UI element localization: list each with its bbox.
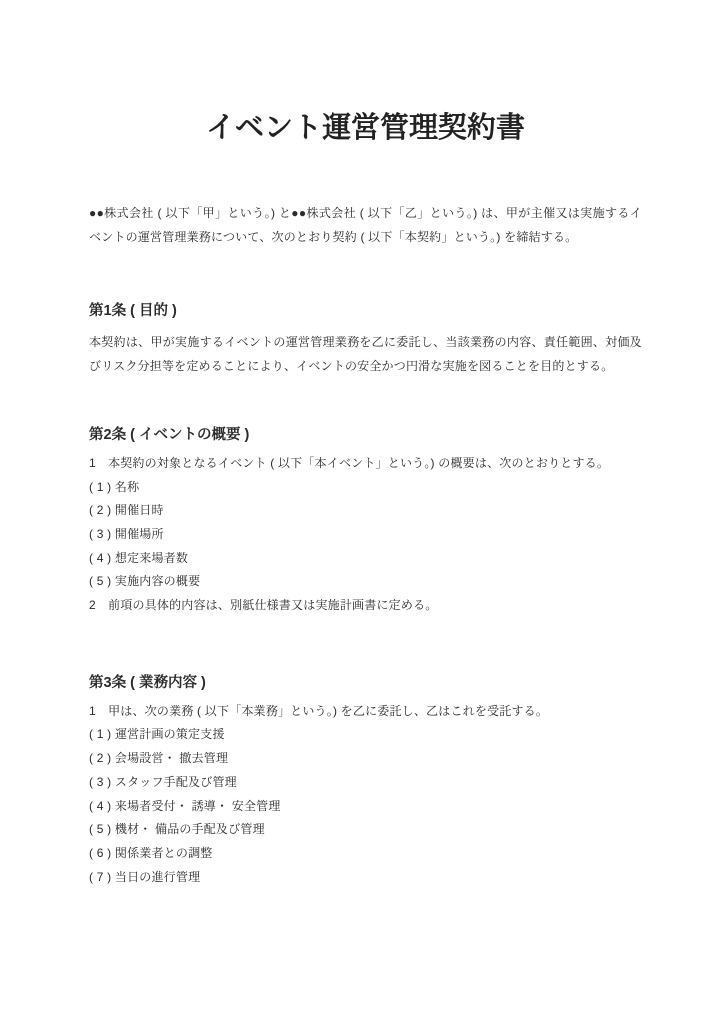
document-page: イベント運営管理契約書 ●●株式会社 ( 以下「甲」という。) と●●株式会社 … bbox=[0, 0, 724, 1024]
article-2-heading: 第2条 ( イベントの概要 ) bbox=[89, 425, 642, 446]
article-1-heading: 第1条 ( 目的 ) bbox=[89, 301, 642, 322]
article-3-item-2: ( 2 ) 会場設営・ 撤去管理 bbox=[89, 747, 642, 771]
article-3-clause-1: 1 甲は、次の業務 ( 以下「本業務」という。) を乙に委託し、乙はこれを受託す… bbox=[89, 700, 642, 724]
article-2-item-5: ( 5 ) 実施内容の概要 bbox=[89, 570, 642, 594]
article-3-body: 1 甲は、次の業務 ( 以下「本業務」という。) を乙に委託し、乙はこれを受託す… bbox=[89, 700, 642, 890]
article-1-body: 本契約は、甲が実施するイベントの運営管理業務を乙に委託し、当該業務の内容、責任範… bbox=[89, 331, 642, 378]
article-2-item-2: ( 2 ) 開催日時 bbox=[89, 499, 642, 523]
article-2-item-1: ( 1 ) 名称 bbox=[89, 476, 642, 500]
article-1-clause: 本契約は、甲が実施するイベントの運営管理業務を乙に委託し、当該業務の内容、責任範… bbox=[89, 331, 642, 378]
article-2-body: 1 本契約の対象となるイベント ( 以下「本イベント」という。) の概要は、次の… bbox=[89, 452, 642, 618]
article-3-item-3: ( 3 ) スタッフ手配及び管理 bbox=[89, 771, 642, 795]
document-title: イベント運営管理契約書 bbox=[89, 109, 642, 147]
article-2-clause-1: 1 本契約の対象となるイベント ( 以下「本イベント」という。) の概要は、次の… bbox=[89, 452, 642, 476]
article-3-item-5: ( 5 ) 機材・ 備品の手配及び管理 bbox=[89, 818, 642, 842]
article-3-item-1: ( 1 ) 運営計画の策定支援 bbox=[89, 723, 642, 747]
article-3-item-4: ( 4 ) 来場者受付・ 誘導・ 安全管理 bbox=[89, 795, 642, 819]
article-2-clause-2: 2 前項の具体的内容は、別紙仕様書又は実施計画書に定める。 bbox=[89, 594, 642, 618]
article-3-item-6: ( 6 ) 関係業者との調整 bbox=[89, 842, 642, 866]
article-2-item-3: ( 3 ) 開催場所 bbox=[89, 523, 642, 547]
preamble-paragraph: ●●株式会社 ( 以下「甲」という。) と●●株式会社 ( 以下「乙」という。)… bbox=[89, 202, 642, 249]
article-3: 第3条 ( 業務内容 ) 1 甲は、次の業務 ( 以下「本業務」という。) を乙… bbox=[89, 673, 642, 890]
article-3-item-7: ( 7 ) 当日の進行管理 bbox=[89, 866, 642, 890]
article-2: 第2条 ( イベントの概要 ) 1 本契約の対象となるイベント ( 以下「本イベ… bbox=[89, 425, 642, 618]
document-content: イベント運営管理契約書 ●●株式会社 ( 以下「甲」という。) と●●株式会社 … bbox=[0, 109, 724, 889]
article-1: 第1条 ( 目的 ) 本契約は、甲が実施するイベントの運営管理業務を乙に委託し、… bbox=[89, 301, 642, 378]
article-2-item-4: ( 4 ) 想定来場者数 bbox=[89, 547, 642, 571]
article-3-heading: 第3条 ( 業務内容 ) bbox=[89, 673, 642, 694]
